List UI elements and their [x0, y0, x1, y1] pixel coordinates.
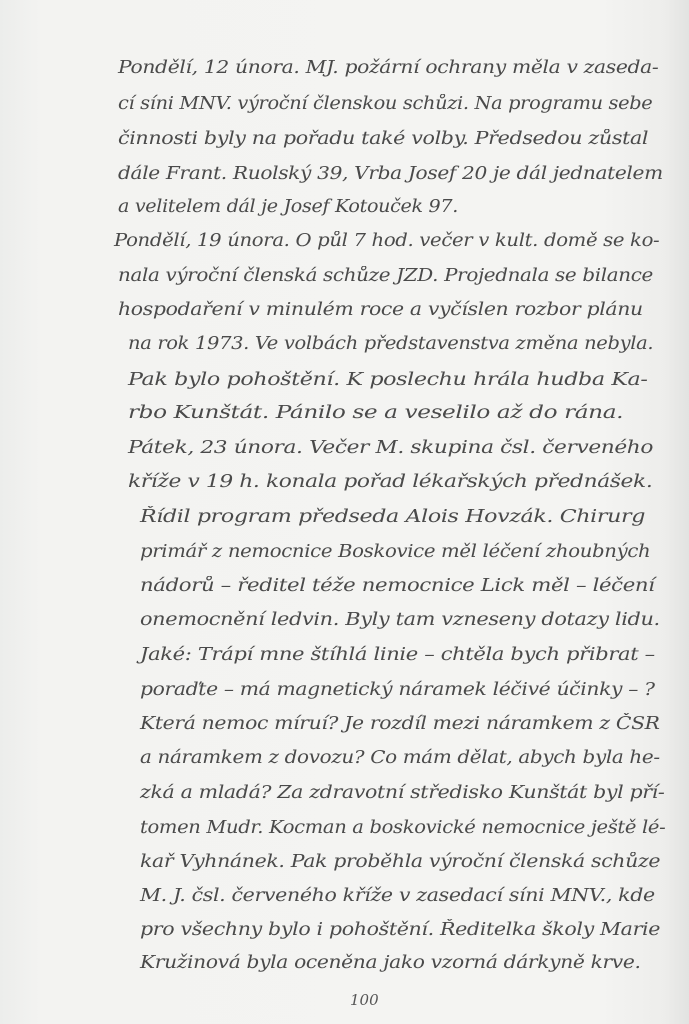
text-line: zká a mladá? Za zdravotní středisko Kunš…	[140, 785, 664, 803]
text-line: Která nemoc míruí? Je rozdíl mezi náramk…	[140, 716, 660, 734]
text-line: dále Frant. Ruolský 39, Vrba Josef 20 je…	[118, 166, 663, 184]
text-line: rbo Kunštát. Pánilo se a veselilo až do …	[128, 405, 623, 423]
text-line: cí síni MNV. výroční členskou schůzi. Na…	[118, 96, 652, 114]
text-line: Pátek, 23 února. Večer M. skupina čsl. č…	[128, 440, 653, 458]
text-line: M. J. čsl. červeného kříže v zasedací sí…	[140, 888, 655, 906]
text-line: činnosti byly na pořadu také volby. Před…	[118, 131, 648, 149]
text-line: Řídil program předseda Alois Hovzák. Chi…	[140, 509, 645, 527]
text-line: a velitelem dál je Josef Kotouček 97.	[118, 199, 458, 217]
text-line: nala výroční členská schůze JZD. Projedn…	[118, 268, 653, 286]
text-line: a náramkem z dovozu? Co mám dělat, abych…	[140, 750, 660, 768]
text-line: pro všechny bylo i pohoštění. Ředitelka …	[140, 922, 660, 940]
handwritten-text-block: Pondělí, 12 února. MJ. požární ochrany m…	[0, 0, 689, 1024]
text-line: primář z nemocnice Boskovice měl léčení …	[140, 544, 650, 562]
text-line: hospodaření v minulém roce a vyčíslen ro…	[118, 302, 643, 320]
text-line: onemocnění ledvin. Byly tam vzneseny dot…	[140, 612, 660, 630]
scanned-page: Pondělí, 12 února. MJ. požární ochrany m…	[0, 0, 689, 1024]
text-line: Kružinová byla oceněna jako vzorná dárky…	[140, 955, 641, 973]
text-line: Pondělí, 19 února. O půl 7 hod. večer v …	[114, 233, 659, 251]
text-line: nádorů – ředitel téže nemocnice Lick měl…	[140, 578, 655, 596]
text-line: Pondělí, 12 února. MJ. požární ochrany m…	[118, 60, 658, 78]
text-line: kříže v 19 h. konala pořad lékařských př…	[128, 474, 652, 492]
text-line: Pak bylo pohoštění. K poslechu hrála hud…	[128, 372, 648, 390]
text-line: na rok 1973. Ve volbách představenstva z…	[128, 336, 653, 354]
text-line: Jaké: Trápí mne štíhlá linie – chtěla by…	[140, 647, 655, 665]
text-line: kař Vyhnánek. Pak proběhla výroční člens…	[140, 854, 660, 872]
text-line: tomen Mudr. Kocman a boskovické nemocnic…	[140, 820, 665, 838]
text-line: poraďte – má magnetický náramek léčivé ú…	[140, 682, 655, 700]
page-number: 100	[350, 991, 379, 1009]
